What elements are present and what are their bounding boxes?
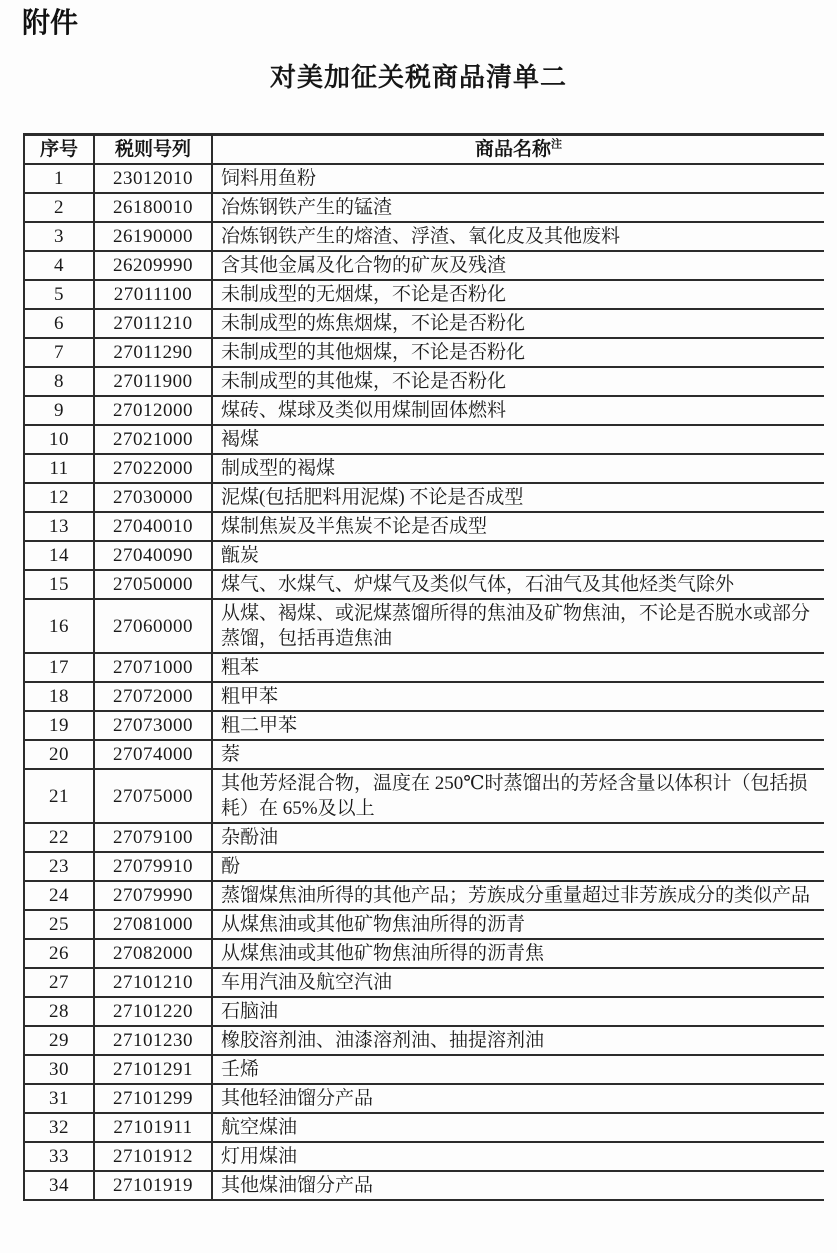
row-name-cell: 其他煤油馏分产品 [212, 1171, 824, 1200]
row-name-cell: 甑炭 [212, 541, 824, 570]
table-row: 2127075000其他芳烃混合物，温度在 250℃时蒸馏出的芳烃含量以体积计（… [24, 769, 824, 823]
row-index-cell: 30 [24, 1055, 94, 1084]
row-name-cell: 蒸馏煤焦油所得的其他产品；芳族成分重量超过非芳族成分的类似产品 [212, 881, 824, 910]
row-code-cell: 27075000 [94, 769, 212, 823]
row-code-cell: 27101291 [94, 1055, 212, 1084]
attachment-label: 附件 [22, 0, 837, 39]
table-row: 3027101291壬烯 [24, 1055, 824, 1084]
row-name-cell: 其他芳烃混合物，温度在 250℃时蒸馏出的芳烃含量以体积计（包括损耗）在 65%… [212, 769, 824, 823]
row-code-cell: 27101912 [94, 1142, 212, 1171]
row-name-cell: 未制成型的其他烟煤，不论是否粉化 [212, 338, 824, 367]
row-code-cell: 23012010 [94, 164, 212, 193]
row-index-cell: 24 [24, 881, 94, 910]
document-page: 附件 对美加征关税商品清单二 序号 税则号列 商品名称注 123012010饲料… [0, 0, 837, 1253]
row-index-cell: 11 [24, 454, 94, 483]
row-name-cell: 酚 [212, 852, 824, 881]
table-row: 2327079910酚 [24, 852, 824, 881]
table-row: 1227030000泥煤(包括肥料用泥煤) 不论是否成型 [24, 483, 824, 512]
row-code-cell: 27101220 [94, 997, 212, 1026]
row-name-cell: 煤制焦炭及半焦炭不论是否成型 [212, 512, 824, 541]
row-name-cell: 冶炼钢铁产生的锰渣 [212, 193, 824, 222]
row-name-cell: 萘 [212, 740, 824, 769]
row-name-cell: 车用汽油及航空汽油 [212, 968, 824, 997]
row-index-cell: 14 [24, 541, 94, 570]
row-index-cell: 34 [24, 1171, 94, 1200]
table-row: 2627082000从煤焦油或其他矿物焦油所得的沥青焦 [24, 939, 824, 968]
row-code-cell: 27101911 [94, 1113, 212, 1142]
row-name-cell: 未制成型的无烟煤，不论是否粉化 [212, 280, 824, 309]
row-index-cell: 17 [24, 653, 94, 682]
table-row: 2927101230橡胶溶剂油、油漆溶剂油、抽提溶剂油 [24, 1026, 824, 1055]
row-name-cell: 杂酚油 [212, 823, 824, 852]
row-index-cell: 3 [24, 222, 94, 251]
row-index-cell: 31 [24, 1084, 94, 1113]
row-name-cell: 未制成型的其他煤，不论是否粉化 [212, 367, 824, 396]
row-code-cell: 27040010 [94, 512, 212, 541]
table-row: 2527081000从煤焦油或其他矿物焦油所得的沥青 [24, 910, 824, 939]
table-row: 2027074000萘 [24, 740, 824, 769]
row-name-cell: 冶炼钢铁产生的熔渣、浮渣、氧化皮及其他废料 [212, 222, 824, 251]
row-index-cell: 6 [24, 309, 94, 338]
row-code-cell: 27101919 [94, 1171, 212, 1200]
row-name-cell: 煤气、水煤气、炉煤气及类似气体，石油气及其他烃类气除外 [212, 570, 824, 599]
row-name-cell: 石脑油 [212, 997, 824, 1026]
table-row: 1627060000从煤、褐煤、或泥煤蒸馏所得的焦油及矿物焦油，不论是否脱水或部… [24, 599, 824, 653]
row-code-cell: 27030000 [94, 483, 212, 512]
row-code-cell: 27011290 [94, 338, 212, 367]
table-body: 123012010饲料用鱼粉226180010冶炼钢铁产生的锰渣32619000… [24, 164, 824, 1200]
row-name-cell: 从煤焦油或其他矿物焦油所得的沥青焦 [212, 939, 824, 968]
row-index-cell: 10 [24, 425, 94, 454]
row-index-cell: 32 [24, 1113, 94, 1142]
row-name-cell: 粗苯 [212, 653, 824, 682]
table-row: 2727101210车用汽油及航空汽油 [24, 968, 824, 997]
row-code-cell: 26209990 [94, 251, 212, 280]
row-name-cell: 褐煤 [212, 425, 824, 454]
row-name-cell: 泥煤(包括肥料用泥煤) 不论是否成型 [212, 483, 824, 512]
table-row: 226180010冶炼钢铁产生的锰渣 [24, 193, 824, 222]
row-code-cell: 27079910 [94, 852, 212, 881]
row-code-cell: 27101230 [94, 1026, 212, 1055]
header-code: 税则号列 [94, 135, 212, 165]
table-row: 326190000冶炼钢铁产生的熔渣、浮渣、氧化皮及其他废料 [24, 222, 824, 251]
table-row: 3127101299其他轻油馏分产品 [24, 1084, 824, 1113]
row-index-cell: 23 [24, 852, 94, 881]
table-row: 2427079990蒸馏煤焦油所得的其他产品；芳族成分重量超过非芳族成分的类似产… [24, 881, 824, 910]
row-name-cell: 灯用煤油 [212, 1142, 824, 1171]
table-row: 627011210未制成型的炼焦烟煤，不论是否粉化 [24, 309, 824, 338]
header-name-label: 商品名称 [475, 139, 551, 160]
row-name-cell: 制成型的褐煤 [212, 454, 824, 483]
row-index-cell: 8 [24, 367, 94, 396]
row-name-cell: 从煤焦油或其他矿物焦油所得的沥青 [212, 910, 824, 939]
row-index-cell: 33 [24, 1142, 94, 1171]
row-code-cell: 27011100 [94, 280, 212, 309]
row-code-cell: 27022000 [94, 454, 212, 483]
table-row: 2227079100杂酚油 [24, 823, 824, 852]
table-row: 426209990含其他金属及化合物的矿灰及残渣 [24, 251, 824, 280]
row-name-cell: 未制成型的炼焦烟煤，不论是否粉化 [212, 309, 824, 338]
row-code-cell: 27012000 [94, 396, 212, 425]
row-index-cell: 28 [24, 997, 94, 1026]
row-name-cell: 饲料用鱼粉 [212, 164, 824, 193]
row-index-cell: 9 [24, 396, 94, 425]
row-index-cell: 20 [24, 740, 94, 769]
row-code-cell: 27040090 [94, 541, 212, 570]
row-code-cell: 27101299 [94, 1084, 212, 1113]
table-row: 3327101912灯用煤油 [24, 1142, 824, 1171]
table-row: 727011290未制成型的其他烟煤，不论是否粉化 [24, 338, 824, 367]
row-index-cell: 7 [24, 338, 94, 367]
row-code-cell: 27072000 [94, 682, 212, 711]
row-index-cell: 26 [24, 939, 94, 968]
row-name-cell: 粗二甲苯 [212, 711, 824, 740]
row-code-cell: 27011900 [94, 367, 212, 396]
row-code-cell: 27079990 [94, 881, 212, 910]
table-row: 1027021000褐煤 [24, 425, 824, 454]
row-index-cell: 19 [24, 711, 94, 740]
row-code-cell: 27071000 [94, 653, 212, 682]
table-row: 1827072000粗甲苯 [24, 682, 824, 711]
table-row: 1727071000粗苯 [24, 653, 824, 682]
row-index-cell: 13 [24, 512, 94, 541]
table-row: 123012010饲料用鱼粉 [24, 164, 824, 193]
table-row: 3427101919其他煤油馏分产品 [24, 1171, 824, 1200]
row-index-cell: 1 [24, 164, 94, 193]
table-row: 1327040010煤制焦炭及半焦炭不论是否成型 [24, 512, 824, 541]
row-code-cell: 26180010 [94, 193, 212, 222]
row-index-cell: 22 [24, 823, 94, 852]
row-name-cell: 橡胶溶剂油、油漆溶剂油、抽提溶剂油 [212, 1026, 824, 1055]
row-code-cell: 27081000 [94, 910, 212, 939]
row-code-cell: 27060000 [94, 599, 212, 653]
table-row: 827011900未制成型的其他煤，不论是否粉化 [24, 367, 824, 396]
row-index-cell: 12 [24, 483, 94, 512]
row-code-cell: 27011210 [94, 309, 212, 338]
table-row: 3227101911航空煤油 [24, 1113, 824, 1142]
table-row: 527011100未制成型的无烟煤，不论是否粉化 [24, 280, 824, 309]
row-index-cell: 4 [24, 251, 94, 280]
table-row: 2827101220石脑油 [24, 997, 824, 1026]
table-row: 1927073000粗二甲苯 [24, 711, 824, 740]
table-row: 1527050000煤气、水煤气、炉煤气及类似气体，石油气及其他烃类气除外 [24, 570, 824, 599]
header-name-note-mark: 注 [551, 139, 562, 151]
row-code-cell: 27021000 [94, 425, 212, 454]
row-index-cell: 15 [24, 570, 94, 599]
row-index-cell: 29 [24, 1026, 94, 1055]
row-index-cell: 27 [24, 968, 94, 997]
row-code-cell: 27079100 [94, 823, 212, 852]
row-code-cell: 27073000 [94, 711, 212, 740]
table-row: 927012000煤砖、煤球及类似用煤制固体燃料 [24, 396, 824, 425]
header-name: 商品名称注 [212, 135, 824, 165]
row-index-cell: 21 [24, 769, 94, 823]
row-code-cell: 27050000 [94, 570, 212, 599]
row-name-cell: 煤砖、煤球及类似用煤制固体燃料 [212, 396, 824, 425]
row-name-cell: 粗甲苯 [212, 682, 824, 711]
row-name-cell: 其他轻油馏分产品 [212, 1084, 824, 1113]
table-row: 1427040090甑炭 [24, 541, 824, 570]
table-row: 1127022000制成型的褐煤 [24, 454, 824, 483]
row-code-cell: 26190000 [94, 222, 212, 251]
row-index-cell: 25 [24, 910, 94, 939]
row-code-cell: 27082000 [94, 939, 212, 968]
row-index-cell: 16 [24, 599, 94, 653]
row-name-cell: 从煤、褐煤、或泥煤蒸馏所得的焦油及矿物焦油，不论是否脱水或部分蒸馏，包括再造焦油 [212, 599, 824, 653]
row-index-cell: 18 [24, 682, 94, 711]
row-code-cell: 27101210 [94, 968, 212, 997]
row-name-cell: 壬烯 [212, 1055, 824, 1084]
row-index-cell: 2 [24, 193, 94, 222]
row-code-cell: 27074000 [94, 740, 212, 769]
tariff-table: 序号 税则号列 商品名称注 123012010饲料用鱼粉226180010冶炼钢… [23, 133, 824, 1201]
row-index-cell: 5 [24, 280, 94, 309]
table-header-row: 序号 税则号列 商品名称注 [24, 135, 824, 165]
page-title: 对美加征关税商品清单二 [0, 61, 837, 93]
header-index: 序号 [24, 135, 94, 165]
row-name-cell: 航空煤油 [212, 1113, 824, 1142]
row-name-cell: 含其他金属及化合物的矿灰及残渣 [212, 251, 824, 280]
